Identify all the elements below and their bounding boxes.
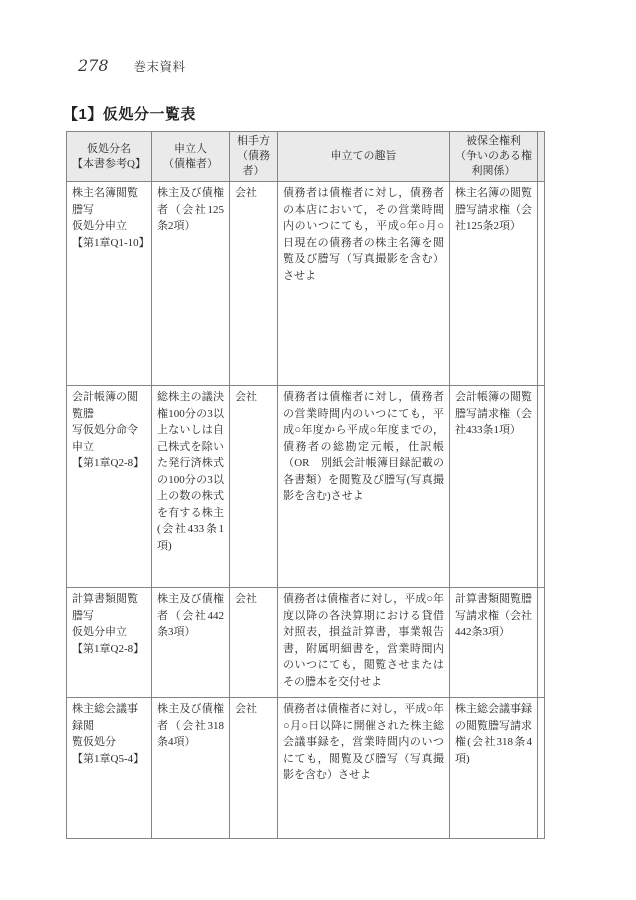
cell-purpose: 債務者は債権者に対し，平成○年○月○日以降に開催された株主総会議事録を，営業時間…: [278, 698, 450, 839]
header-cell-respondent: 相手方 （債務者）: [230, 132, 278, 182]
cell-disposition-name: 計算書類閲覧謄写 仮処分申立 【第1章Q2-8】: [67, 588, 152, 698]
cell-spacer: [538, 386, 545, 588]
running-head-label: 巻末資料: [134, 57, 186, 75]
table-row: 計算書類閲覧謄写 仮処分申立 【第1章Q2-8】 株主及び債権者（会社442条3…: [67, 588, 545, 698]
cell-preserved-right: 株主名簿の閲覧謄写請求権（会社125条2項）: [450, 182, 538, 386]
header-cell-preserved-right: 被保全権利 （争いのある権 利関係）: [450, 132, 538, 182]
cell-purpose: 債務者は債権者に対し，平成○年度以降の各決算期における貸借対照表，損益計算書，事…: [278, 588, 450, 698]
header-cell-applicant: 申立人 （債権者）: [152, 132, 230, 182]
cell-spacer: [538, 182, 545, 386]
table-row: 株主総会議事録閲 覧仮処分 【第1章Q5-4】 株主及び債権者（会社318条4項…: [67, 698, 545, 839]
provisional-disposition-table: 仮処分名 【本書参考Q】 申立人 （債権者） 相手方 （債務者） 申立ての趣旨 …: [66, 131, 545, 839]
header-cell-purpose: 申立ての趣旨: [278, 132, 450, 182]
header-cell-disposition-name: 仮処分名 【本書参考Q】: [67, 132, 152, 182]
table-header-row: 仮処分名 【本書参考Q】 申立人 （債権者） 相手方 （債務者） 申立ての趣旨 …: [67, 132, 545, 182]
table-row: 株主名簿閲覧謄写 仮処分申立 【第1章Q1-10】 株主及び債権者（会社125条…: [67, 182, 545, 386]
cell-spacer: [538, 588, 545, 698]
cell-respondent: 会社: [230, 386, 278, 588]
cell-disposition-name: 株主名簿閲覧謄写 仮処分申立 【第1章Q1-10】: [67, 182, 152, 386]
page-title: 【1】仮処分一覧表: [63, 103, 196, 124]
cell-purpose: 債務者は債権者に対し，債務者の営業時間内のいつにても，平成○年度から平成○年度ま…: [278, 386, 450, 588]
running-head: 278 巻末資料: [78, 56, 186, 75]
cell-disposition-name: 会計帳簿の閲覧謄 写仮処分命令申立 【第1章Q2-8】: [67, 386, 152, 588]
cell-preserved-right: 計算書類閲覧謄写請求権（会社442条3項）: [450, 588, 538, 698]
cell-preserved-right: 会計帳簿の閲覧謄写請求権（会社433条1項）: [450, 386, 538, 588]
cell-respondent: 会社: [230, 182, 278, 386]
header-cell-spacer: [538, 132, 545, 182]
cell-respondent: 会社: [230, 698, 278, 839]
cell-applicant: 株主及び債権者（会社318条4項）: [152, 698, 230, 839]
table-row: 会計帳簿の閲覧謄 写仮処分命令申立 【第1章Q2-8】 総株主の議決権100分の…: [67, 386, 545, 588]
cell-spacer: [538, 698, 545, 839]
cell-respondent: 会社: [230, 588, 278, 698]
page-number: 278: [78, 56, 109, 75]
cell-disposition-name: 株主総会議事録閲 覧仮処分 【第1章Q5-4】: [67, 698, 152, 839]
cell-applicant: 総株主の議決権100分の3以上ないしは自己株式を除いた発行済株式の100分の3以…: [152, 386, 230, 588]
cell-applicant: 株主及び債権者（会社442条3項）: [152, 588, 230, 698]
cell-applicant: 株主及び債権者（会社125条2項）: [152, 182, 230, 386]
cell-preserved-right: 株主総会議事録の閲覧謄写請求権(会社318条4項): [450, 698, 538, 839]
cell-purpose: 債務者は債権者に対し，債務者の本店において，その営業時間内のいつにても，平成○年…: [278, 182, 450, 386]
